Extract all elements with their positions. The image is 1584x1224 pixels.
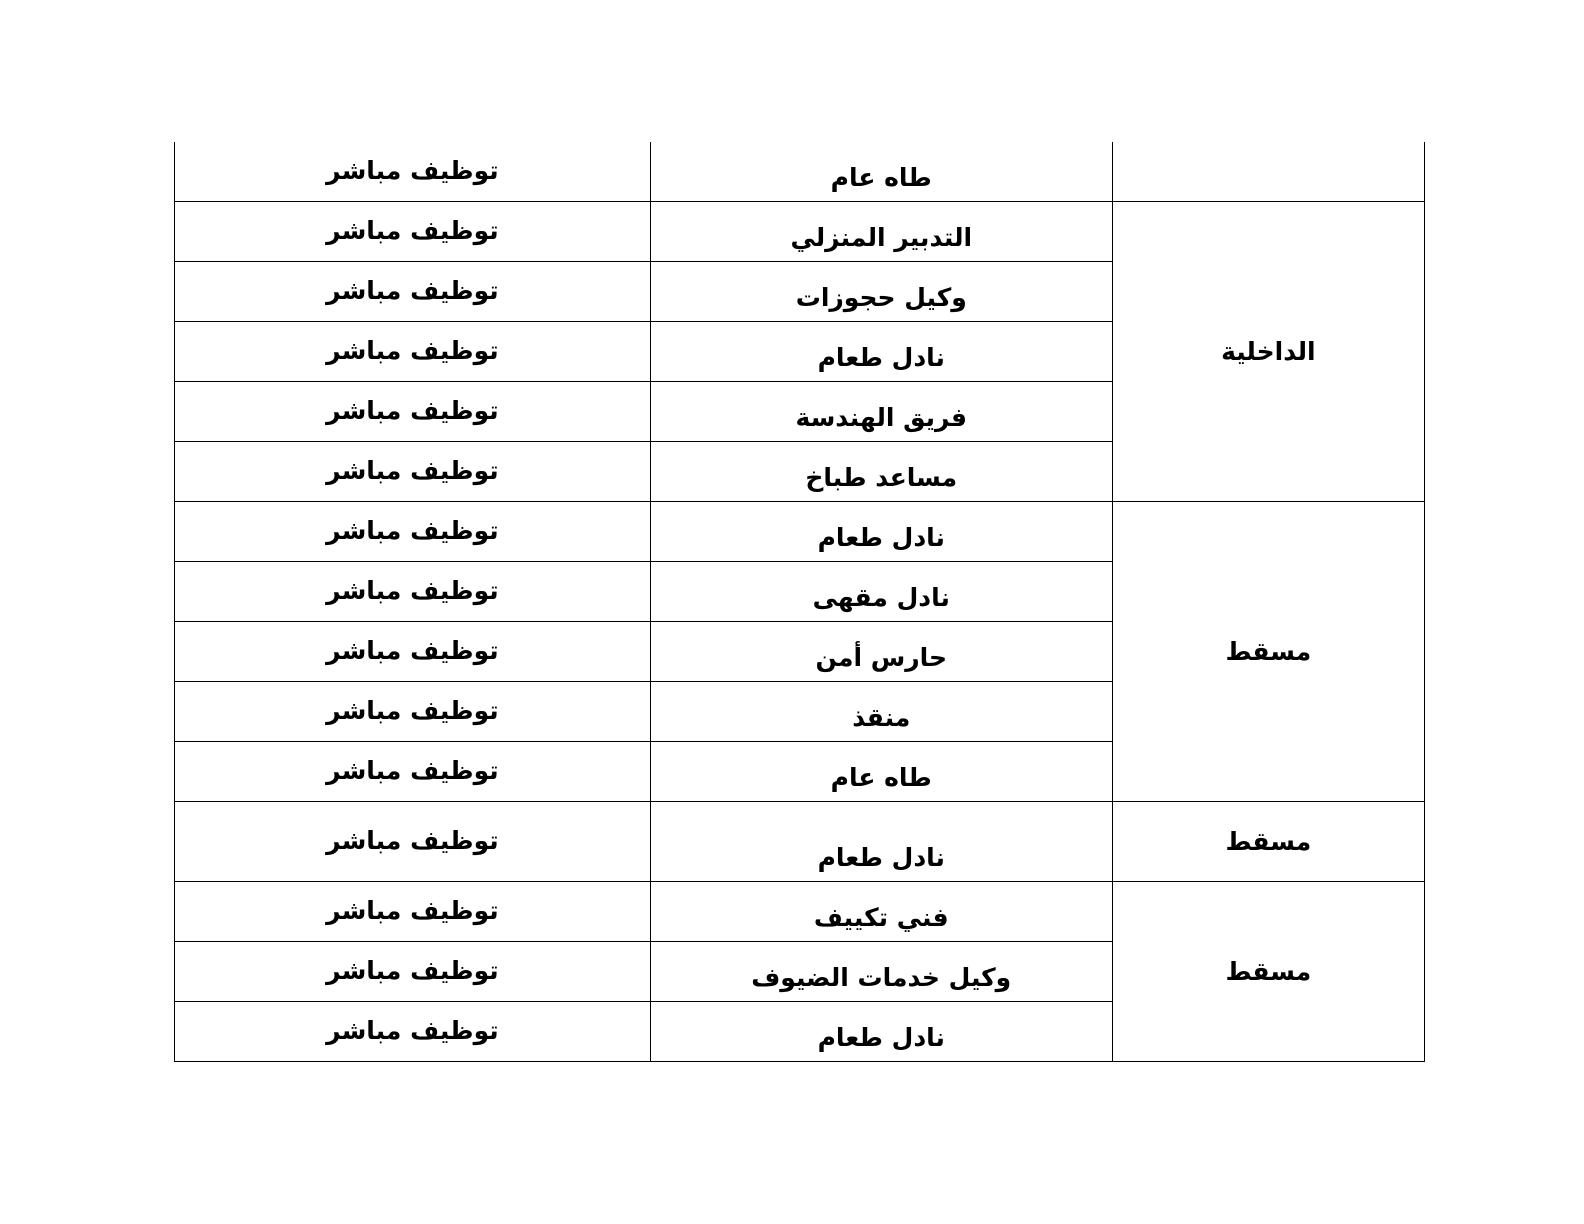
employment-type-cell: توظيف مباشر xyxy=(175,682,651,742)
job-title-cell: نادل طعام xyxy=(650,502,1112,562)
table-row: الداخلية التدبير المنزلي توظيف مباشر xyxy=(175,202,1425,262)
employment-type-cell: توظيف مباشر xyxy=(175,202,651,262)
job-title-cell: التدبير المنزلي xyxy=(650,202,1112,262)
employment-type-cell: توظيف مباشر xyxy=(175,142,651,202)
employment-type-cell: توظيف مباشر xyxy=(175,802,651,882)
employment-type-cell: توظيف مباشر xyxy=(175,742,651,802)
city-cell xyxy=(1112,142,1424,202)
job-title-cell: طاه عام xyxy=(650,742,1112,802)
job-title-cell: نادل طعام xyxy=(650,1002,1112,1062)
job-title-cell: فني تكييف xyxy=(650,882,1112,942)
employment-type-cell: توظيف مباشر xyxy=(175,942,651,1002)
table-row: مسقط نادل طعام توظيف مباشر xyxy=(175,802,1425,882)
job-title-cell: فريق الهندسة xyxy=(650,382,1112,442)
city-cell: مسقط xyxy=(1112,802,1424,882)
employment-type-cell: توظيف مباشر xyxy=(175,322,651,382)
table-row: مسقط نادل طعام توظيف مباشر xyxy=(175,502,1425,562)
employment-type-cell: توظيف مباشر xyxy=(175,622,651,682)
city-cell: مسقط xyxy=(1112,502,1424,802)
table-row: مسقط فني تكييف توظيف مباشر xyxy=(175,882,1425,942)
job-title-cell: نادل مقهى xyxy=(650,562,1112,622)
jobs-table: طاه عام توظيف مباشر الداخلية التدبير الم… xyxy=(174,142,1425,1062)
city-cell: مسقط xyxy=(1112,882,1424,1062)
document-page: طاه عام توظيف مباشر الداخلية التدبير الم… xyxy=(0,0,1584,1224)
job-title-cell: وكيل حجوزات xyxy=(650,262,1112,322)
job-title-cell: طاه عام xyxy=(650,142,1112,202)
job-title-cell: وكيل خدمات الضيوف xyxy=(650,942,1112,1002)
employment-type-cell: توظيف مباشر xyxy=(175,502,651,562)
job-title-cell: نادل طعام xyxy=(650,802,1112,882)
city-cell: الداخلية xyxy=(1112,202,1424,502)
job-title-cell: حارس أمن xyxy=(650,622,1112,682)
employment-type-cell: توظيف مباشر xyxy=(175,262,651,322)
employment-type-cell: توظيف مباشر xyxy=(175,442,651,502)
employment-type-cell: توظيف مباشر xyxy=(175,882,651,942)
job-title-cell: منقذ xyxy=(650,682,1112,742)
employment-type-cell: توظيف مباشر xyxy=(175,1002,651,1062)
table-row: طاه عام توظيف مباشر xyxy=(175,142,1425,202)
job-title-cell: مساعد طباخ xyxy=(650,442,1112,502)
job-title-cell: نادل طعام xyxy=(650,322,1112,382)
employment-type-cell: توظيف مباشر xyxy=(175,562,651,622)
employment-type-cell: توظيف مباشر xyxy=(175,382,651,442)
